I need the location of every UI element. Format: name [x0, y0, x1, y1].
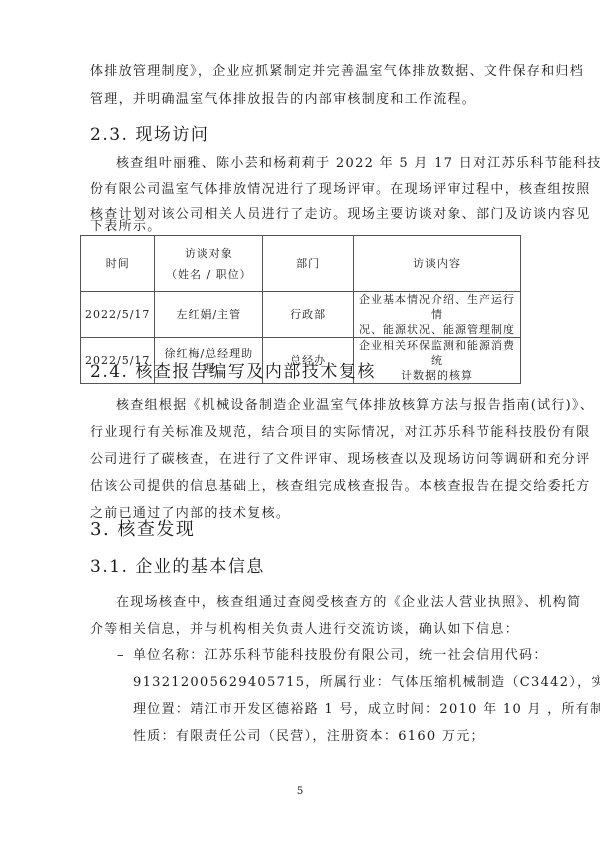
header-time: 时间	[81, 236, 155, 292]
table-row: 2022/5/17 左红娟/主管 行政部 企业基本情况介绍、生产运行情 况、能源…	[81, 292, 521, 338]
paragraph-line: 公司进行了碳核查，在进行了文件评审、现场核查以及现场访问等调研和充分评	[90, 452, 520, 468]
cell-content-line: 计数据的核算	[358, 368, 516, 383]
paragraph-line: 行业现行有关标准及规范，结合项目的实际情况，对江苏乐科节能科技股份有限	[90, 425, 520, 441]
cell-content: 企业相关环保监测和能源消费统 计数据的核算	[354, 338, 521, 384]
paragraph-line: 核查组叶丽雅、陈小芸和杨莉莉于 2022 年 5 月 17 日对江苏乐科节能科技…	[116, 156, 546, 172]
table-header-row: 时间 访谈对象 （姓名 / 职位） 部门 访谈内容	[81, 236, 521, 292]
page-number: 5	[0, 786, 600, 797]
paragraph-line: 介等相关信息，并与机构相关负责人进行交流访谈，确认如下信息：	[90, 622, 520, 638]
paragraph-line: 下表所示。	[90, 219, 520, 235]
header-content: 访谈内容	[354, 236, 521, 292]
section-heading-3-1: 3.1. 企业的基本信息	[90, 557, 265, 577]
bullet-line: 913212005629405715，所属行业：气体压缩机械制造（C3442），…	[133, 675, 520, 691]
header-person-label: 访谈对象	[185, 247, 233, 260]
bullet-line: 理位置：靖江市开发区德裕路 1 号，成立时间：2010 年 10 月 ，所有制	[133, 702, 520, 718]
cell-content-line: 况、能源状况、能源管理制度	[358, 322, 516, 337]
paragraph-line: 管理，并明确温室气体排放报告的内部审核制度和工作流程。	[90, 92, 520, 108]
section-heading-2-4: 2.4. 核查报告编写及内部技术复核	[90, 362, 376, 382]
cell-time: 2022/5/17	[81, 292, 155, 338]
section-heading-3: 3. 核查发现	[90, 519, 195, 541]
document-page: 体排放管理制度》，企业应抓紧制定并完善温室气体排放数据、文件保存和归档 管理，并…	[0, 0, 600, 849]
header-person-sub: （姓名 / 职位）	[159, 267, 258, 282]
cell-content: 企业基本情况介绍、生产运行情 况、能源状况、能源管理制度	[354, 292, 521, 338]
paragraph-line: 在现场核查中，核查组通过查阅受核查方的《企业法人营业执照》、机构简	[116, 595, 546, 611]
cell-dept: 行政部	[263, 292, 354, 338]
bullet-line: 单位名称：江苏乐科节能科技股份有限公司，统一社会信用代码：	[133, 648, 520, 664]
bullet-marker: –	[117, 648, 124, 663]
header-person: 访谈对象 （姓名 / 职位）	[155, 236, 263, 292]
cell-content-line: 企业基本情况介绍、生产运行情	[358, 292, 516, 322]
cell-content-line: 企业相关环保监测和能源消费统	[358, 338, 516, 368]
cell-person: 左红娟/主管	[155, 292, 263, 338]
paragraph-line: 体排放管理制度》，企业应抓紧制定并完善温室气体排放数据、文件保存和归档	[90, 64, 520, 80]
paragraph-line: 核查组根据《机械设备制造企业温室气体排放核算方法与报告指南(试行)》、	[116, 398, 546, 414]
paragraph-line: 估该公司提供的信息基础上，核查组完成核查报告。本核查报告在提交给委托方	[90, 479, 520, 495]
paragraph-line: 份有限公司温室气体排放情况进行了现场评审。在现场评审过程中，核查组按照	[90, 182, 520, 198]
section-heading-2-3: 2.3. 现场访问	[90, 125, 209, 145]
bullet-line: 性质：有限责任公司（民营），注册资本：6160 万元；	[133, 729, 520, 745]
header-dept: 部门	[263, 236, 354, 292]
